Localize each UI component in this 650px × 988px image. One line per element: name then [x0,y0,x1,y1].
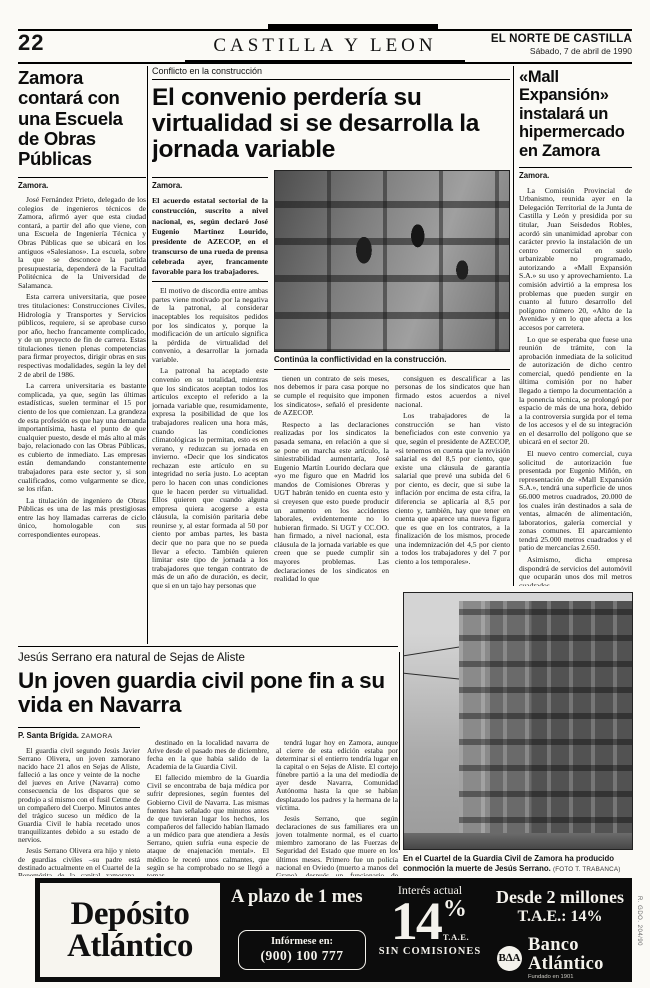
article-kicker: Conflicto en la construcción [152,66,510,80]
paragraph: consiguen es descalificar a las personas… [395,375,510,409]
paragraph: El guardia civil segundo Jesús Javier Se… [18,747,140,845]
article-columns: P. Santa Brígida. ZAMORA El guardia civi… [18,720,398,876]
ad-registration-code: R. GDO. 204/90 [636,896,642,946]
ad-phone-number: (900) 100 777 [243,948,361,964]
column-divider-bottom [399,652,400,850]
column-divider-left [147,66,148,644]
paragraph: tendrá lugar hoy en Zamora, aunque al ci… [276,739,398,812]
paragraph: Jesús Serrano, que según declaraciones d… [276,815,398,876]
header-bottom-rule [18,62,632,64]
ad-brand-panel: Depósito Atlántico [40,883,220,977]
column-body: El motivo de discordia entre ambas parte… [152,287,268,590]
article-guardia: Jesús Serrano era natural de Sejas de Al… [18,646,398,876]
photo-credit: (FOTO T. TRABANCA) [553,866,621,873]
ad-info-box: Infórmese en: (900) 100 777 [238,930,366,970]
page-number: 22 [18,32,44,54]
photo-caption: En el Cuartel de la Guardia Civil de Zam… [403,854,634,874]
ad-term: A plazo de 1 mes [231,888,363,907]
paragraph: Jesús Serrano Olivera era hijo y nieto d… [18,847,140,876]
column-divider-right [513,66,514,586]
photo-and-columns: Continúa la conflictividad en la constru… [274,170,510,594]
construction-scaffolding-photo [274,170,510,352]
paragraph: tienen un contrato de seis meses, nos de… [274,375,389,418]
paragraph: Esta carrera universitaria, que posee tr… [18,293,146,379]
article-headline: «Mall Expansión» instalará un hipermerca… [519,68,632,160]
ad-min-amount: Desde 2 millones [490,887,630,908]
ad-rate-side: % T.A.E. [443,897,469,942]
banco-atlantico-ad: Depósito Atlántico A plazo de 1 mes Infó… [35,878,632,982]
sub-columns: tienen un contrato de seis meses, nos de… [274,375,510,587]
column-body: El guardia civil segundo Jesús Javier Se… [18,747,140,876]
column-1: Zamora. El acuerdo estatal sectorial de … [152,170,268,594]
photo-caption: Continúa la conflictividad en la constru… [274,352,510,370]
article-convenio: Conflicto en la construcción El convenio… [152,66,510,648]
paragraph: José Fernández Prieto, delegado de los c… [18,196,146,290]
column-3: consiguen es descalificar a las personas… [395,375,510,587]
ad-tae-line: T.A.E.: 14% [490,908,630,926]
article-headline: Zamora contará con una Escuela de Obras … [18,68,146,170]
ad-rate-block: Interés actual 14 % T.A.E. SIN COMISIONE… [371,884,489,957]
ad-big-rate: 14 % T.A.E. [371,897,489,946]
paragraph: destinado en la localidad navarra de Ari… [147,739,269,772]
article-byline: Zamora. [519,167,632,180]
ad-min-amount-block: Desde 2 millones T.A.E.: 14% [490,887,630,926]
ad-percent-sign: % [443,897,467,921]
ad-brand-line2: Atlántico [67,930,193,962]
paragraph: El motivo de discordia entre ambas parte… [152,287,268,364]
banco-atlantico-logo-icon: B∆A [497,946,522,971]
byline-place: ZAMORA [81,733,112,740]
paragraph: La titulación de ingeniero de Obras Públ… [18,497,146,540]
header-thick-bar [268,24,438,30]
paragraph: La carrera universitaria es bastante com… [18,382,146,494]
masthead: EL NORTE DE CASTILLA Sábado, 7 de abril … [491,33,632,57]
column-2: destinado en la localidad navarra de Ari… [147,739,269,876]
article-kicker: Jesús Serrano era natural de Sejas de Al… [18,652,398,664]
article-mall: «Mall Expansión» instalará un hipermerca… [519,68,632,586]
column-2: tienen un contrato de seis meses, nos de… [274,375,389,587]
ad-rate-number: 14 [391,897,441,946]
column-1: P. Santa Brígida. ZAMORA El guardia civi… [18,720,140,876]
article-body: La Comisión Provincial de Urbanismo, reu… [519,187,632,586]
bank-founded: Fundado en 1901 [528,973,632,981]
paragraph: Los trabajadores de la construcción se h… [395,412,510,566]
paragraph: Asimismo, dicha empresa dispondrá de ser… [519,556,632,586]
article-headline: El convenio perdería su virtualidad si s… [152,85,510,163]
ad-no-fees: SIN COMISIONES [371,947,489,958]
ad-tae-label: T.A.E. [443,933,469,942]
ad-bank-block: B∆A Banco Atlántico Fundado en 1901 [497,936,632,981]
article-headline: Un joven guardia civil pone fin a su vid… [18,669,398,718]
paragraph: La Comisión Provincial de Urbanismo, reu… [519,187,632,333]
article-body: José Fernández Prieto, delegado de los c… [18,196,146,540]
lead-separator-rule [152,281,268,282]
column-3: tendrá lugar hoy en Zamora, aunque al ci… [276,739,398,876]
paragraph: El nuevo centro comercial, cuya solicitu… [519,450,632,553]
article-byline: Zamora. [152,177,268,190]
bank-name: Banco Atlántico [528,936,632,973]
article-byline: P. Santa Brígida. ZAMORA [18,727,140,741]
photo-building-facade [459,601,632,849]
paragraph: Lo que se esperaba que fuese una reunión… [519,336,632,448]
newspaper-page: 22 CASTILLA Y LEON EL NORTE DE CASTILLA … [0,0,650,988]
paragraph: La patronal ha aceptado este convenio en… [152,367,268,590]
article-escuela: Zamora contará con una Escuela de Obras … [18,68,146,644]
edition-date: Sábado, 7 de abril de 1990 [491,46,632,57]
cuartel-building-photo [403,592,633,850]
section-title: CASTILLA Y LEON [185,36,465,62]
bank-name-block: Banco Atlántico Fundado en 1901 [528,936,632,981]
article-lead: El acuerdo estatal sectorial de la const… [152,196,268,277]
photo-street [404,833,632,849]
paragraph: Respecto a las declaraciones realizadas … [274,421,389,584]
article-byline: Zamora. [18,177,146,190]
ad-brand-line1: Depósito [71,898,190,930]
masthead-name: EL NORTE DE CASTILLA [491,33,632,46]
paragraph: El fallecido miembro de la Guardia Civil… [147,774,269,876]
article-columns: Zamora. El acuerdo estatal sectorial de … [152,170,510,594]
byline-author: P. Santa Brígida. [18,731,79,740]
ad-info-label: Infórmese en: [243,935,361,948]
lead-paragraph: El acuerdo estatal sectorial de la const… [152,196,268,277]
